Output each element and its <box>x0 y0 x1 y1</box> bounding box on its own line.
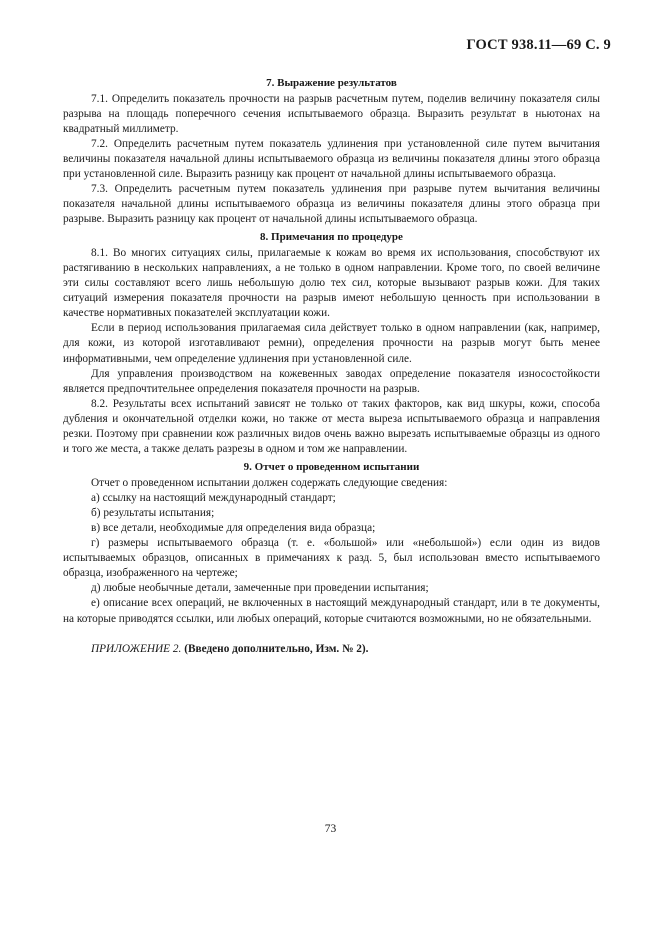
document-body: 7. Выражение результатов 7.1. Определить… <box>63 76 600 657</box>
paragraph-8-1: 8.1. Во многих ситуациях силы, прилагаем… <box>63 246 600 321</box>
appendix-note: ПРИЛОЖЕНИЕ 2. (Введено дополнительно, Из… <box>63 642 600 657</box>
paragraph-8-2: 8.2. Результаты всех испытаний зависят н… <box>63 397 600 457</box>
paragraph-7-3: 7.3. Определить расчетным путем показате… <box>63 182 600 227</box>
page-number: 73 <box>0 823 661 835</box>
list-item-a: а) ссылку на настоящий международный ста… <box>63 491 600 506</box>
list-item-v: в) все детали, необходимые для определен… <box>63 521 600 536</box>
section-heading-7: 7. Выражение результатов <box>63 76 600 92</box>
appendix-label: ПРИЛОЖЕНИЕ 2. <box>91 643 181 655</box>
paragraph-8-1-c: Для управления производством на кожевенн… <box>63 367 600 397</box>
paragraph-7-2: 7.2. Определить расчетным путем показате… <box>63 137 600 182</box>
list-item-g: г) размеры испытываемого образца (т. е. … <box>63 536 600 581</box>
paragraph-9-intro: Отчет о проведенном испытании должен сод… <box>63 476 600 491</box>
list-item-d: д) любые необычные детали, замеченные пр… <box>63 581 600 596</box>
section-heading-9: 9. Отчет о проведенном испытании <box>63 460 600 476</box>
list-item-b: б) результаты испытания; <box>63 506 600 521</box>
paragraph-7-1: 7.1. Определить показатель прочности на … <box>63 92 600 137</box>
section-heading-8: 8. Примечания по процедуре <box>63 230 600 246</box>
appendix-amendment: (Введено дополнительно, Изм. № 2). <box>184 643 368 655</box>
paragraph-8-1-b: Если в период использования прилагаемая … <box>63 321 600 366</box>
running-header: ГОСТ 938.11—69 С. 9 <box>466 37 611 54</box>
list-item-e: е) описание всех операций, не включенных… <box>63 596 600 626</box>
